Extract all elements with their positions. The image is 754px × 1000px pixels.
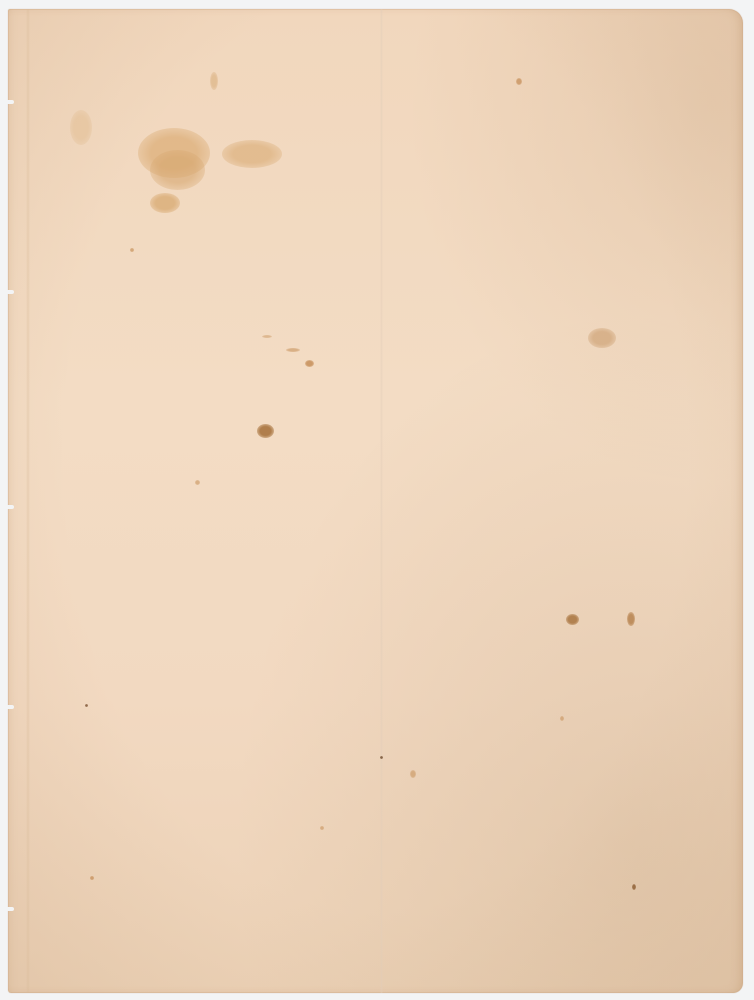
stain-spot xyxy=(262,335,272,338)
stain-spot xyxy=(85,704,88,707)
stain-spot xyxy=(195,480,200,485)
edge-notch xyxy=(6,907,14,911)
stain-spot xyxy=(130,248,134,252)
aged-paper-sheet xyxy=(8,9,743,993)
scan-background xyxy=(0,0,754,1000)
stain-spot xyxy=(627,612,635,626)
stain-spot xyxy=(560,716,564,721)
edge-notch xyxy=(6,290,14,294)
stain-spot xyxy=(210,72,218,90)
stain-spot xyxy=(516,78,522,85)
stain-spot xyxy=(380,756,383,759)
stain-spot xyxy=(632,884,636,890)
stain-spot xyxy=(588,328,616,348)
edge-notch xyxy=(6,100,14,104)
fold-line xyxy=(380,9,383,993)
stain-spot xyxy=(257,424,274,438)
stain-spot xyxy=(410,770,416,778)
left-edge-crease xyxy=(26,9,30,993)
stain-spot xyxy=(566,614,579,625)
stain-spot xyxy=(222,140,282,168)
stain-spot xyxy=(305,360,314,367)
stain-spot xyxy=(150,193,180,213)
stain-spot xyxy=(320,826,324,830)
edge-notch xyxy=(6,505,14,509)
stain-spot xyxy=(150,150,205,190)
stain-spot xyxy=(286,348,300,352)
edge-notch xyxy=(6,705,14,709)
stain-spot xyxy=(90,876,94,880)
stain-spot xyxy=(70,110,92,145)
